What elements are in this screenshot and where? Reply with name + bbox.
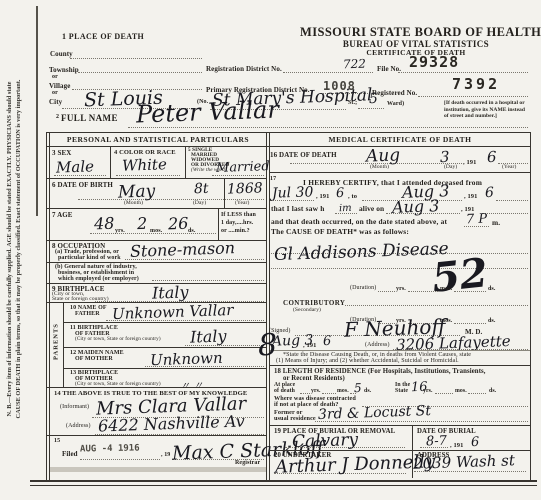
- in-the-2: State: [395, 388, 408, 395]
- place-of-death-label: 1 PLACE OF DEATH: [62, 32, 144, 41]
- signed-191-label: , 191: [303, 342, 317, 349]
- file-no-value: 29328: [409, 53, 459, 71]
- month-label: (Month): [124, 200, 143, 206]
- dotted-line: [482, 212, 528, 214]
- rule-line: [49, 132, 50, 480]
- rule-line: [110, 146, 111, 178]
- contributory-label: CONTRIBUTORY: [283, 299, 345, 307]
- from-191-label: , 191: [316, 193, 330, 200]
- village-label: Village: [49, 82, 70, 90]
- death-time-value: 7 P: [466, 212, 488, 228]
- at-place-2: of death: [274, 388, 295, 395]
- rule-line: [47, 208, 267, 209]
- to-label: , to: [348, 193, 357, 200]
- birthplace-value: Italy: [152, 282, 189, 302]
- township-label: Township: [49, 66, 79, 74]
- burial-value: Calvary: [292, 430, 359, 452]
- last-saw-pre: that I last saw h: [271, 205, 325, 214]
- personal-section-title: PERSONAL AND STATISTICAL PARTICULARS: [50, 136, 266, 145]
- margin-line-1: N. B.—Every item of information should b…: [5, 6, 14, 492]
- rule-line: [47, 146, 531, 147]
- dotted-line: [454, 322, 486, 324]
- duration-yrs: yrs.: [396, 286, 406, 293]
- rule-line: [63, 322, 267, 323]
- stray-ink-mark: 8: [257, 328, 277, 364]
- rule-line: [63, 302, 64, 387]
- signed-year-value: 6: [323, 334, 332, 349]
- secondary-label: (Secondary): [293, 307, 321, 313]
- registration-district-label: Registration District No.: [206, 65, 282, 73]
- ds-label: ds.: [188, 228, 195, 235]
- rule-line: [270, 172, 530, 173]
- certify-num: 17: [270, 176, 276, 183]
- board-title: MISSOURI STATE BOARD OF HEALTH: [300, 25, 532, 39]
- dotted-line: [70, 57, 202, 59]
- parents-label: PARENTS: [53, 319, 60, 365]
- informant-address-label: (Address): [66, 423, 91, 430]
- last-saw-hw: im: [339, 203, 352, 214]
- dob-year-value: 1868: [227, 180, 263, 197]
- dod-label: 16 DATE OF DEATH: [270, 151, 337, 159]
- dotted-line: [408, 290, 438, 292]
- ward-label: Ward): [387, 101, 404, 108]
- m-label: m.: [492, 219, 500, 228]
- rule-line: [218, 208, 219, 240]
- or-label-2: or: [52, 90, 58, 97]
- state-mos: mos.: [455, 388, 467, 395]
- scan-edge-line: [36, 6, 38, 216]
- medical-section-title: MEDICAL CERTIFICATE OF DEATH: [270, 136, 530, 145]
- duration2-ds: ds.: [488, 318, 495, 325]
- undertaker-address-value: 2039 Wash st: [413, 451, 515, 473]
- race-value: White: [122, 155, 167, 175]
- informant-address-value: 6422 Nashville Av: [98, 411, 245, 435]
- alive-on-label: alive on: [359, 205, 384, 214]
- to-191-label: , 191: [464, 193, 478, 200]
- dob-day-value: 8t: [194, 181, 209, 197]
- father-bp-sub: (City or town, State or foreign country): [75, 337, 161, 343]
- smudge: [50, 467, 266, 472]
- dotted-line: [358, 107, 384, 109]
- rule-line: [47, 132, 531, 133]
- sex-value: Male: [56, 157, 95, 176]
- full-name-num: 2: [56, 114, 59, 121]
- dotted-line: [468, 392, 486, 394]
- day-label: (Day): [193, 200, 206, 206]
- rule-line: [224, 178, 225, 208]
- cause-heading: The CAUSE OF DEATH* was as follows:: [271, 228, 409, 237]
- rule-line: [47, 178, 267, 179]
- age-less-line-2: 1 day,....hrs.: [221, 220, 253, 227]
- rule-line: [47, 435, 267, 436]
- full-name-label: FULL NAME: [61, 113, 118, 123]
- rule-line: [30, 485, 537, 486]
- full-name-value: Peter Vallar: [136, 96, 280, 129]
- duration-mos: mos.: [440, 286, 452, 293]
- filed-num: 15: [54, 438, 60, 445]
- age-years-value: 48: [94, 214, 115, 234]
- res-yrs: yrs.: [311, 388, 321, 395]
- burial-date-value: 8-7: [426, 434, 447, 450]
- registered-no-label: Registered No.: [372, 89, 417, 97]
- mos-label: mos.: [150, 228, 162, 235]
- dotted-line: [300, 392, 310, 394]
- dotted-line: [78, 71, 202, 73]
- state-ds: ds.: [489, 388, 496, 395]
- to-year-value: 6: [485, 185, 494, 201]
- dod-day-sub: (Day): [444, 164, 457, 170]
- rule-line: [269, 132, 270, 480]
- dotted-line: [418, 95, 528, 97]
- attended-from-value: Jul 30: [272, 184, 314, 201]
- dod-year-value: 6: [487, 148, 497, 166]
- burial-191-label: , 191: [450, 442, 464, 449]
- signed-address-label: (Address): [365, 342, 390, 349]
- mother-maiden-label-2: OF MOTHER: [75, 356, 113, 363]
- hospital-note: [If death occurred in a hospital or inst…: [444, 100, 530, 120]
- dotted-line: [152, 279, 264, 281]
- father-name-label-2: FATHER: [75, 311, 100, 318]
- or-label-1: or: [52, 74, 58, 81]
- registered-no-value: 7392: [452, 75, 500, 93]
- dotted-line: [496, 199, 528, 201]
- year-label: (Year): [235, 200, 249, 206]
- rule-line: [47, 262, 267, 263]
- occupation-a-line-2: particular kind of work: [58, 255, 121, 262]
- dotted-line: [435, 392, 453, 394]
- father-bp-value: Italy: [190, 326, 227, 346]
- rule-line: [185, 146, 186, 178]
- cause-code-value: 52: [430, 249, 490, 302]
- dod-month-sub: (Month): [370, 164, 389, 170]
- from-year-value: 6: [336, 186, 345, 201]
- registration-district-value: 722: [343, 57, 366, 72]
- marital-value: Married: [216, 159, 270, 176]
- dotted-line: [271, 267, 528, 269]
- mother-maiden-value: Unknown: [150, 349, 223, 370]
- certify-line-1: I HEREBY CERTIFY, that I attended deceas…: [303, 179, 482, 188]
- filed-19-label: , 19: [161, 452, 170, 459]
- dod-191-label: , 191: [463, 159, 477, 166]
- dotted-line: [80, 458, 160, 460]
- dotted-line: [454, 290, 486, 292]
- margin-instructions: N. B.—Every item of information should b…: [5, 6, 23, 492]
- age-less-line-1: If LESS than: [221, 212, 256, 219]
- death-certificate-scan: N. B.—Every item of information should b…: [0, 0, 541, 500]
- last-saw-date-value: Aug 3: [392, 196, 440, 217]
- rule-line: [530, 132, 531, 480]
- age-months-value: 2: [137, 214, 148, 233]
- filed-date-stamp: AUG -4 1916: [80, 443, 140, 454]
- occupation-b-line-3: which employed (or employer): [58, 276, 139, 283]
- dotted-line: [378, 290, 395, 292]
- dotted-line: [398, 71, 528, 73]
- dod-year-sub: (Year): [502, 164, 516, 170]
- mother-bp-sub: (City or town, State or foreign country): [75, 382, 161, 388]
- age-label: 7 AGE: [52, 211, 73, 219]
- cause-value: Gl Addisons Disease: [274, 239, 449, 265]
- burial-year-value: 6: [471, 435, 480, 450]
- informant-label: (Informant): [60, 404, 89, 411]
- st-label: St.;: [348, 100, 357, 107]
- margin-line-2: CAUSE OF DEATH in plain terms, so that i…: [14, 6, 23, 492]
- former-line-2: usual residence: [274, 415, 316, 422]
- occurred-line: and that death occurred, on the date sta…: [271, 218, 447, 227]
- dob-label: 6 DATE OF BIRTH: [52, 181, 113, 189]
- duration-ds: ds.: [488, 286, 495, 293]
- rule-line: [270, 425, 530, 426]
- res-ds: ds.: [364, 388, 371, 395]
- rule-line: [46, 132, 47, 480]
- ward-value: 5: [369, 91, 378, 107]
- rule-line: [270, 365, 530, 366]
- occupation-value: Stone-mason: [130, 238, 236, 261]
- duration-label: (Duration): [350, 285, 376, 292]
- dotted-line: [345, 304, 528, 306]
- yrs-label: yrs.: [115, 228, 125, 235]
- rule-line: [63, 347, 267, 348]
- dotted-line: [283, 71, 373, 73]
- age-days-value: 26: [168, 214, 189, 234]
- registrar-label: Registrar: [235, 460, 260, 467]
- res-days-value: 5: [354, 381, 362, 395]
- filed-label: Filed: [62, 450, 78, 458]
- city-label: City: [49, 98, 62, 106]
- sex-label: 3 SEX: [52, 149, 71, 157]
- age-less-line-3: or ....min.?: [221, 228, 250, 235]
- rule-line: [30, 480, 537, 482]
- rule-line: [266, 132, 267, 480]
- dotted-line: [322, 392, 336, 394]
- rule-line: [270, 350, 530, 351]
- res-mos: mos.: [337, 388, 349, 395]
- state-yrs: yrs.: [423, 388, 433, 395]
- footnote-line-2: (1) Means of Injury; and (2) whether Acc…: [276, 358, 459, 365]
